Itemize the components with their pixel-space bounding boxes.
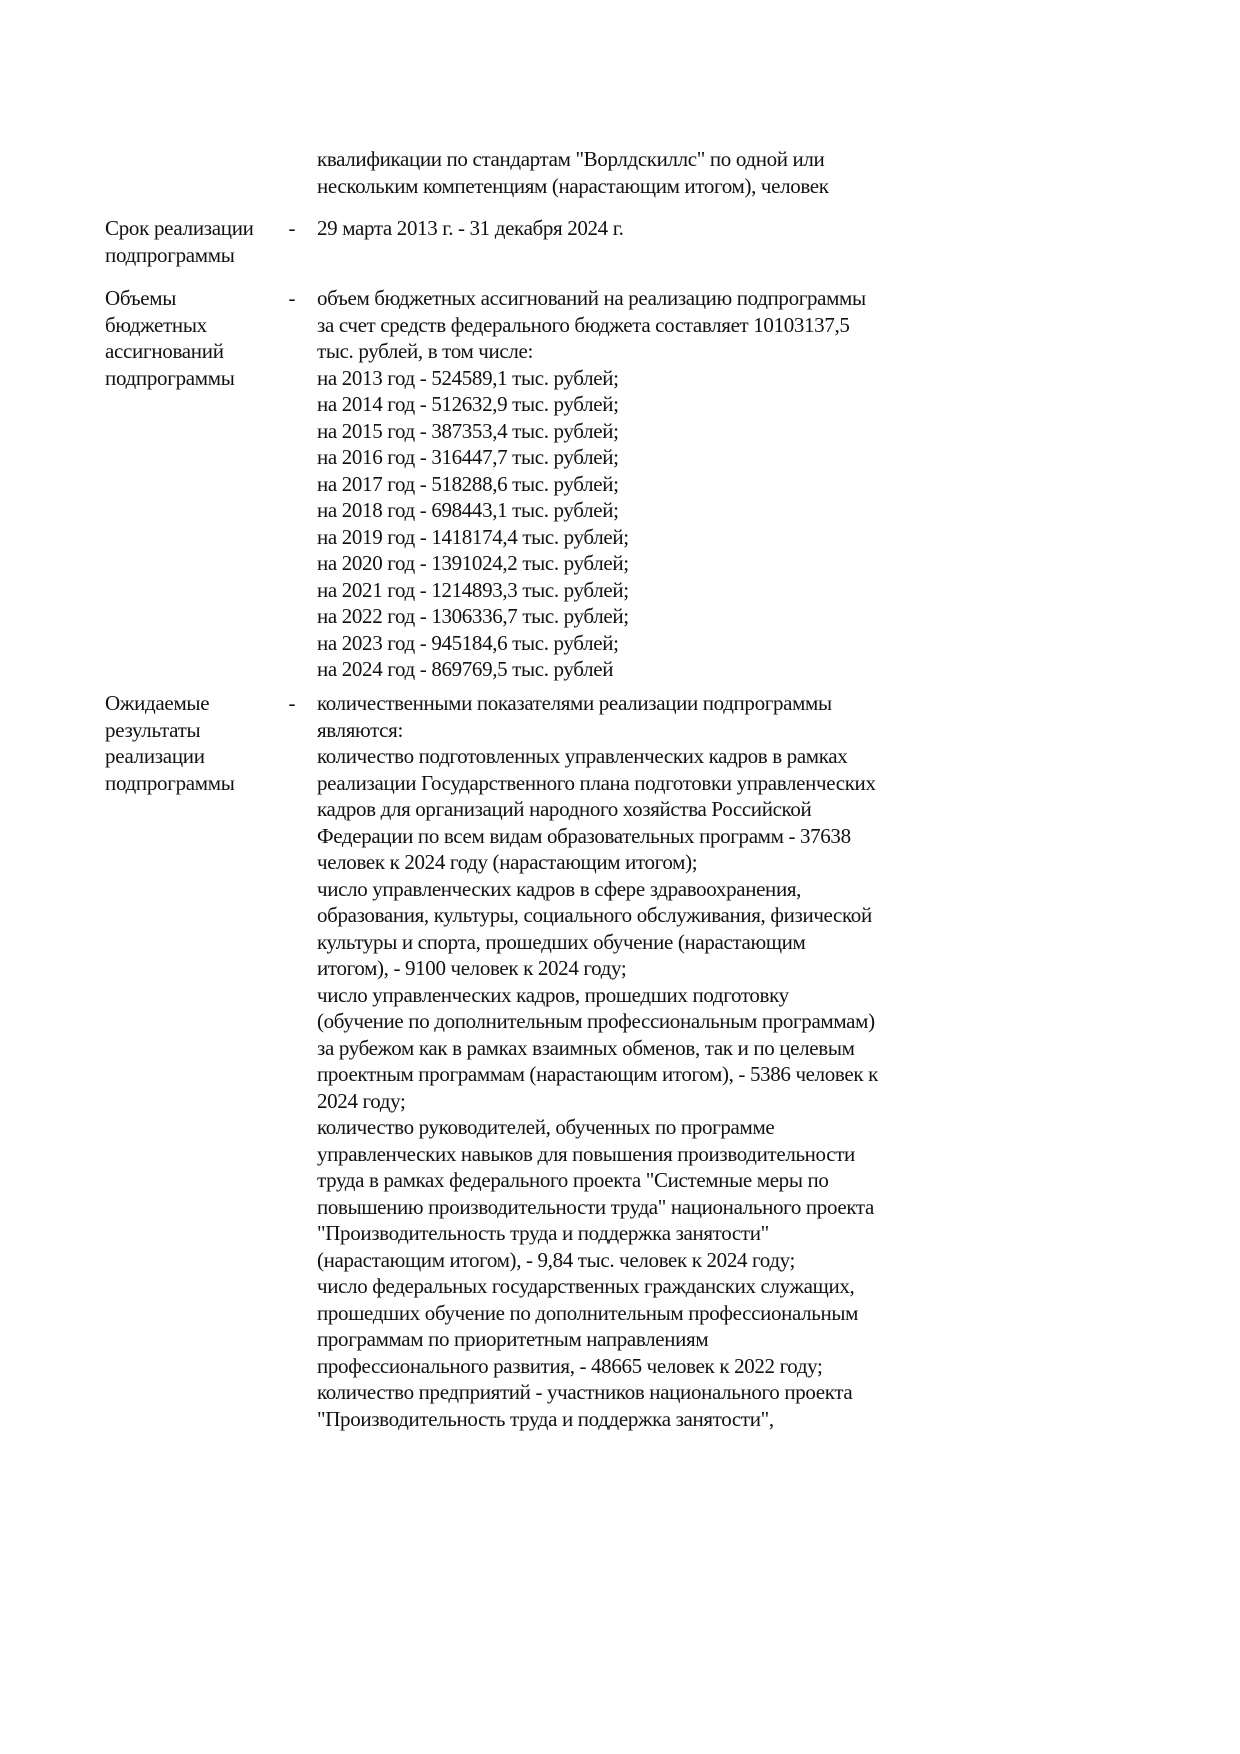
- text-line: за счет средств федерального бюджета сос…: [317, 312, 1037, 339]
- text-line: на 2014 год - 512632,9 тыс. рублей;: [317, 391, 1037, 418]
- label-line: подпрограммы: [105, 365, 280, 392]
- text-line: на 2020 год - 1391024,2 тыс. рублей;: [317, 550, 1037, 577]
- text-line: "Производительность труда и поддержка за…: [317, 1220, 1037, 1247]
- label-line: бюджетных: [105, 312, 280, 339]
- section-label: Ожидаемыерезультатыреализацииподпрограмм…: [105, 690, 280, 796]
- text-line: кадров для организаций народного хозяйст…: [317, 796, 1037, 823]
- section-content: 29 марта 2013 г. - 31 декабря 2024 г.: [317, 215, 1037, 242]
- text-line: (обучение по дополнительным профессионал…: [317, 1008, 1037, 1035]
- section-label: Срок реализации подпрограммы: [105, 215, 280, 268]
- text-line: "Производительность труда и поддержка за…: [317, 1406, 1037, 1433]
- text-line: итогом), - 9100 человек к 2024 году;: [317, 955, 1037, 982]
- text-line: повышению производительности труда" наци…: [317, 1194, 1037, 1221]
- text-line: на 2021 год - 1214893,3 тыс. рублей;: [317, 577, 1037, 604]
- separator-dash: -: [284, 285, 300, 312]
- text-line: 29 марта 2013 г. - 31 декабря 2024 г.: [317, 215, 1037, 242]
- text-line: число управленческих кадров в сфере здра…: [317, 876, 1037, 903]
- label-line: результаты: [105, 717, 280, 744]
- section-content: количественными показателями реализации …: [317, 690, 1037, 1432]
- label-line: Объемы: [105, 285, 280, 312]
- text-line: Федерации по всем видам образовательных …: [317, 823, 1037, 850]
- document-page: квалификации по стандартам "Ворлдскиллс"…: [0, 0, 1240, 1754]
- text-line: проектным программам (нарастающим итогом…: [317, 1061, 1037, 1088]
- text-line: тыс. рублей, в том числе:: [317, 338, 1037, 365]
- text-line: управленческих навыков для повышения про…: [317, 1141, 1037, 1168]
- text-line: на 2023 год - 945184,6 тыс. рублей;: [317, 630, 1037, 657]
- text-line: культуры и спорта, прошедших обучение (н…: [317, 929, 1037, 956]
- section-content: объем бюджетных ассигнований на реализац…: [317, 285, 1037, 683]
- text-line: нескольким компетенциям (нарастающим ито…: [317, 173, 1037, 200]
- separator-dash: -: [284, 690, 300, 717]
- text-line: квалификации по стандартам "Ворлдскиллс"…: [317, 146, 1037, 173]
- text-line: количество руководителей, обученных по п…: [317, 1114, 1037, 1141]
- text-line: на 2019 год - 1418174,4 тыс. рублей;: [317, 524, 1037, 551]
- label-line: Срок реализации: [105, 215, 280, 242]
- text-line: прошедших обучение по дополнительным про…: [317, 1300, 1037, 1327]
- section-label: Объемыбюджетныхассигнованийподпрограммы: [105, 285, 280, 391]
- text-line: на 2013 год - 524589,1 тыс. рублей;: [317, 365, 1037, 392]
- text-line: число управленческих кадров, прошедших п…: [317, 982, 1037, 1009]
- text-line: количество подготовленных управленческих…: [317, 743, 1037, 770]
- separator-dash: -: [284, 215, 300, 242]
- text-line: человек к 2024 году (нарастающим итогом)…: [317, 849, 1037, 876]
- label-line: подпрограммы: [105, 770, 280, 797]
- text-line: реализации Государственного плана подгот…: [317, 770, 1037, 797]
- text-line: количественными показателями реализации …: [317, 690, 1037, 717]
- label-line: ассигнований: [105, 338, 280, 365]
- text-line: на 2017 год - 518288,6 тыс. рублей;: [317, 471, 1037, 498]
- text-line: на 2018 год - 698443,1 тыс. рублей;: [317, 497, 1037, 524]
- text-line: программам по приоритетным направлениям: [317, 1326, 1037, 1353]
- text-line: число федеральных государственных гражда…: [317, 1273, 1037, 1300]
- text-line: на 2022 год - 1306336,7 тыс. рублей;: [317, 603, 1037, 630]
- text-line: (нарастающим итогом), - 9,84 тыс. челове…: [317, 1247, 1037, 1274]
- text-line: труда в рамках федерального проекта "Сис…: [317, 1167, 1037, 1194]
- text-line: являются:: [317, 717, 1037, 744]
- label-line: Ожидаемые: [105, 690, 280, 717]
- text-line: на 2016 год - 316447,7 тыс. рублей;: [317, 444, 1037, 471]
- text-line: образования, культуры, социального обслу…: [317, 902, 1037, 929]
- text-line: количество предприятий - участников наци…: [317, 1379, 1037, 1406]
- text-line: на 2024 год - 869769,5 тыс. рублей: [317, 656, 1037, 683]
- text-line: профессионального развития, - 48665 чело…: [317, 1353, 1037, 1380]
- text-line: за рубежом как в рамках взаимных обменов…: [317, 1035, 1037, 1062]
- text-line: на 2015 год - 387353,4 тыс. рублей;: [317, 418, 1037, 445]
- label-line: реализации: [105, 743, 280, 770]
- label-line: подпрограммы: [105, 242, 280, 269]
- continuation-text: квалификации по стандартам "Ворлдскиллс"…: [317, 146, 1037, 199]
- text-line: объем бюджетных ассигнований на реализац…: [317, 285, 1037, 312]
- text-line: 2024 году;: [317, 1088, 1037, 1115]
